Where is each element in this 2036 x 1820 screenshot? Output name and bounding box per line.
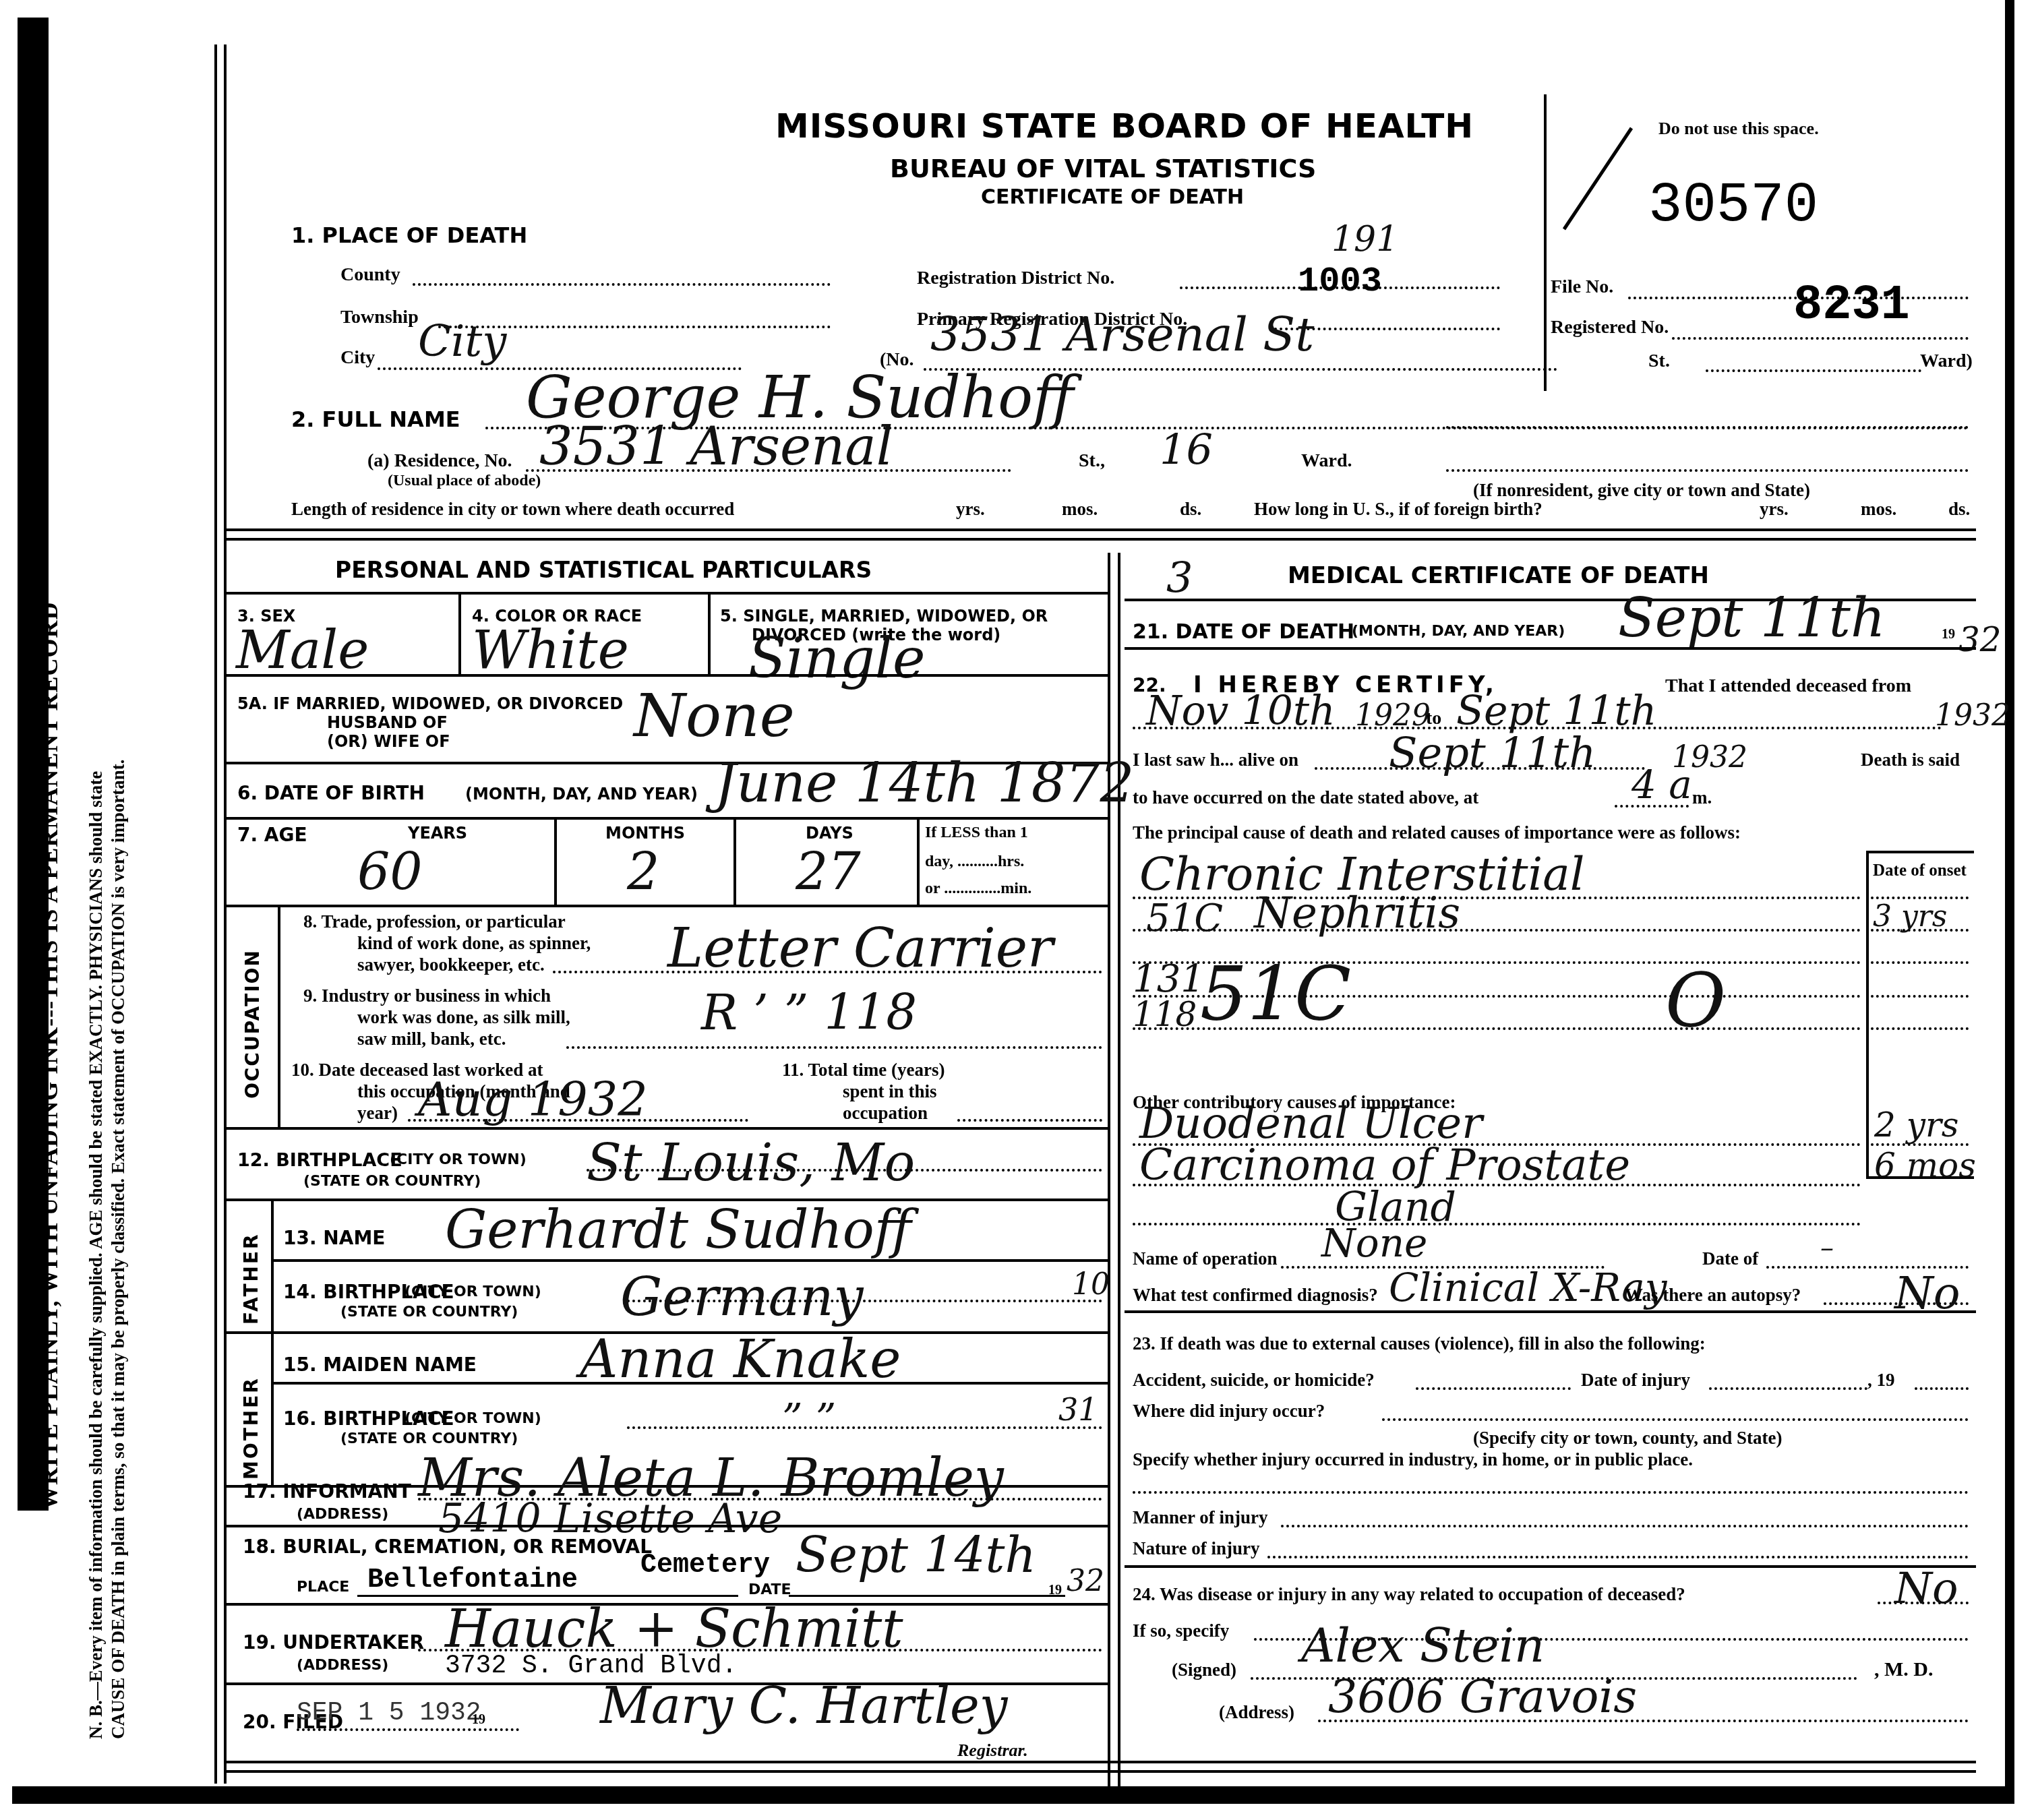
- spouse-label-1: 5A. IF MARRIED, WIDOWED, OR DIVORCED: [237, 694, 623, 713]
- attended-to-year: 1932: [1935, 698, 2010, 733]
- medical-section-number: 3: [1166, 553, 1193, 602]
- foreign-yrs: yrs.: [1760, 499, 1789, 520]
- registrar-signature: Mary C. Hartley: [600, 1677, 1008, 1735]
- cause-line2-value: Nephritis: [1254, 888, 1460, 938]
- filed-year-prefix: 19: [472, 1712, 485, 1728]
- reg-district-overwrite: 191: [1331, 219, 1398, 260]
- specify-line: [1133, 1491, 1969, 1494]
- dod-sub: (MONTH, DAY, AND YEAR): [1352, 623, 1565, 640]
- manner-line: [1281, 1525, 1969, 1527]
- spouse-value: None: [634, 681, 795, 750]
- cause-code4: 51C: [1200, 950, 1351, 1037]
- onset-box-left: [1866, 851, 1869, 1178]
- years-value: 60: [357, 841, 423, 901]
- informant-label: 17. INFORMANT: [243, 1480, 411, 1503]
- last-saw-value: Sept 11th: [1389, 728, 1596, 777]
- death-address-value: 3531 Arsenal St: [930, 307, 1314, 362]
- industry-value: R ’ ” 118: [701, 984, 917, 1041]
- nonresident-line2: [1446, 469, 1969, 472]
- total-time-label-2: spent in this: [843, 1081, 937, 1102]
- rule-occupation: [227, 1127, 1108, 1130]
- attended-from: Nov 10th: [1146, 688, 1336, 735]
- rule-personal-title: [227, 592, 1108, 595]
- ward-label: Ward): [1920, 351, 1973, 372]
- signed-value: Alex Stein: [1301, 1618, 1545, 1673]
- dob-sub: (MONTH, DAY, AND YEAR): [465, 785, 698, 803]
- rule-sex: [227, 674, 1108, 677]
- city-label: City: [340, 347, 375, 369]
- place-value: Bellefontaine: [367, 1565, 578, 1596]
- where-line: [1382, 1418, 1969, 1421]
- rule-bottom-left-2: [227, 1770, 1976, 1773]
- nonresident-line1: [1446, 426, 1969, 429]
- injury-date-label: Date of injury: [1581, 1370, 1690, 1391]
- total-time-label-3: occupation: [843, 1103, 928, 1124]
- registered-no-value: 8231: [1793, 278, 1910, 333]
- principal-cause-label: The principal cause of death and related…: [1133, 822, 1741, 843]
- date-label: DATE: [748, 1581, 791, 1598]
- column-divider-left: [1108, 553, 1110, 1793]
- last-worked-value: Aug 1932: [418, 1072, 648, 1127]
- nonresident-note: (If nonresident, give city or town and S…: [1473, 480, 1810, 501]
- contrib-line-3: [1133, 1223, 1861, 1225]
- residence-value: 3531 Arsenal: [539, 417, 893, 477]
- test-label: What test confirmed diagnosis?: [1133, 1285, 1378, 1306]
- length-ds: ds.: [1180, 499, 1201, 520]
- foreign-ds: ds.: [1948, 499, 1970, 520]
- total-time-line: [957, 1119, 1102, 1122]
- reg-district-label: Registration District No.: [917, 268, 1114, 289]
- op-date-label: Date of: [1702, 1248, 1758, 1269]
- rule-mother-name: [272, 1382, 1108, 1385]
- header-subtitle: BUREAU OF VITAL STATISTICS: [890, 154, 1316, 183]
- physician-address-value: 3606 Gravois: [1328, 1670, 1637, 1724]
- less-label-3: or ..............min.: [925, 880, 1031, 898]
- where-label: Where did injury occur?: [1133, 1401, 1325, 1422]
- signed-label: (Signed): [1172, 1660, 1236, 1680]
- place-underline: [357, 1595, 738, 1597]
- frame-left-outer: [214, 44, 217, 1784]
- contrib-2: Carcinoma of Prostate: [1139, 1141, 1630, 1190]
- stamp-number: 30570: [1648, 174, 1818, 238]
- county-label: County: [340, 264, 400, 286]
- mother-name-value: Anna Knake: [580, 1329, 901, 1390]
- cause-onset-line-5: [1871, 1027, 1969, 1030]
- personal-section-title: PERSONAL AND STATISTICAL PARTICULARS: [335, 557, 872, 583]
- age-div-3: [917, 817, 920, 905]
- where-sub: (Specify city or town, county, and State…: [1473, 1428, 1783, 1449]
- mother-name-label: 15. MAIDEN NAME: [283, 1354, 477, 1376]
- rule-top-2: [227, 538, 1976, 541]
- residence-sub: (Usual place of abode): [388, 472, 541, 490]
- less-label-2: day, ..........hrs.: [925, 853, 1024, 871]
- years-label: YEARS: [408, 824, 467, 843]
- months-label: MONTHS: [605, 824, 685, 843]
- op-date-value: –: [1820, 1232, 1834, 1263]
- checkmark-icon: [1551, 121, 1652, 236]
- occupation-side-label: OCCUPATION: [241, 949, 264, 1099]
- rule-top-1: [227, 528, 1976, 531]
- injury-year-prefix: , 19: [1867, 1370, 1895, 1391]
- operation-label: Name of operation: [1133, 1248, 1277, 1269]
- injury-date-line: [1709, 1387, 1867, 1390]
- trade-label-2: kind of work done, as spinner,: [357, 933, 591, 954]
- father-side-label: FATHER: [240, 1232, 262, 1325]
- burial-year-prefix: 19: [1048, 1583, 1062, 1598]
- st-label: St.: [1648, 351, 1670, 372]
- ward-value: 16: [1160, 425, 1213, 474]
- occurred-value: 4 a: [1631, 762, 1692, 808]
- physician-address-label: (Address): [1219, 1702, 1294, 1723]
- to-label: to: [1426, 708, 1441, 729]
- father-birthplace-sub-1: (CITY OR TOWN): [405, 1283, 541, 1300]
- date-underline: [789, 1595, 1065, 1597]
- filed-line: [297, 1728, 519, 1731]
- filed-value: SEP 1 5 1932: [297, 1699, 481, 1728]
- nature-line: [1267, 1556, 1969, 1558]
- undertaker-sub: (ADDRESS): [297, 1657, 388, 1674]
- mother-birthplace-value: ” ”: [782, 1395, 836, 1443]
- frame-right: [2005, 0, 2014, 1804]
- township-label: Township: [340, 307, 419, 328]
- rule-dod: [1125, 647, 1976, 650]
- birthplace-sub-1: (CITY OR TOWN): [390, 1151, 527, 1168]
- months-value: 2: [627, 841, 659, 901]
- birthplace-value: St Louis, Mo: [587, 1132, 915, 1192]
- contrib-2-onset: 6 mos: [1874, 1146, 1976, 1185]
- less-label-1: If LESS than 1: [925, 824, 1028, 842]
- residence-st-label: St.,: [1079, 450, 1105, 472]
- industry-label-3: saw mill, bank, etc.: [357, 1029, 506, 1050]
- death-said-label: Death is said: [1861, 750, 1960, 770]
- registrar-label: Registrar.: [957, 1740, 1028, 1761]
- mother-birthplace-sub-2: (STATE OR COUNTRY): [340, 1430, 518, 1447]
- race-marital-divider: [708, 593, 711, 674]
- dob-value: June 14th 1872: [715, 752, 1134, 814]
- trade-label-1: 8. Trade, profession, or particular: [303, 911, 566, 932]
- race-value: White: [472, 620, 629, 681]
- reg-district-value: 1003: [1298, 262, 1382, 301]
- file-no-label: File No.: [1551, 276, 1613, 298]
- rule-bottom-left-1: [227, 1761, 1976, 1763]
- age-div-2: [733, 817, 736, 905]
- length-of-residence-label: Length of residence in city or town wher…: [291, 499, 734, 520]
- father-birthplace-value: Germany: [620, 1267, 864, 1328]
- father-name-label: 13. NAME: [283, 1227, 385, 1249]
- birthplace-label: 12. BIRTHPLACE: [237, 1150, 402, 1171]
- industry-line: [566, 1046, 1102, 1049]
- mother-side-label: MOTHER: [240, 1376, 262, 1480]
- burial-label: 18. BURIAL, CREMATION, OR REMOVAL: [243, 1536, 652, 1558]
- rule-age: [227, 905, 1108, 907]
- place-label: PLACE: [297, 1579, 349, 1596]
- onset-label: Date of onset: [1873, 861, 1967, 880]
- undertaker-label: 19. UNDERTAKER: [243, 1631, 424, 1654]
- days-value: 27: [796, 841, 861, 901]
- if-so-label: If so, specify: [1133, 1620, 1229, 1641]
- registered-no-line: [1672, 337, 1969, 340]
- dod-year-value: 32: [1958, 620, 2002, 659]
- dob-label: 6. DATE OF BIRTH: [237, 782, 425, 804]
- onset-1: 3 yrs: [1873, 899, 1947, 934]
- residence-ward-label: Ward.: [1301, 450, 1352, 472]
- nature-label: Nature of injury: [1133, 1538, 1260, 1559]
- birthplace-sub-2: (STATE OR COUNTRY): [303, 1173, 481, 1190]
- informant-sub: (ADDRESS): [297, 1506, 388, 1523]
- days-label: DAYS: [806, 824, 854, 843]
- ward-line: [1706, 369, 1921, 372]
- md-label: , M. D.: [1874, 1658, 1933, 1681]
- father-birthplace-sub-2: (STATE OR COUNTRY): [340, 1304, 518, 1321]
- external-causes-label: 23. If death was due to external causes …: [1133, 1333, 1706, 1354]
- rule-father-name: [272, 1259, 1108, 1262]
- spouse-label-2: HUSBAND OF: [327, 713, 448, 732]
- residence-label: (a) Residence, No.: [367, 450, 512, 472]
- cause-line-2: [1133, 929, 1861, 932]
- sex-value: Male: [236, 620, 369, 681]
- last-worked-label-3: year): [357, 1103, 398, 1124]
- father-name-value: Gerhardt Sudhoff: [445, 1200, 911, 1261]
- dod-label: 21. DATE OF DEATH: [1133, 620, 1354, 644]
- last-saw-label: I last saw h... alive on: [1133, 750, 1298, 770]
- margin-note-line1: N. B.—Every item of information should b…: [86, 771, 107, 1739]
- trade-value: Letter Carrier: [667, 917, 1053, 979]
- operation-value: None: [1321, 1220, 1427, 1266]
- margin-note-line2: CAUSE OF DEATH in plain terms, so that i…: [108, 760, 129, 1739]
- header-form-name: CERTIFICATE OF DEATH: [981, 185, 1244, 209]
- city-value: City: [418, 317, 506, 367]
- cause-code5: O: [1665, 957, 1726, 1043]
- occurred-suffix: m.: [1692, 787, 1712, 808]
- dod-value: Sept 11th: [1618, 586, 1885, 649]
- contrib-1-onset: 2 yrs: [1874, 1105, 1959, 1145]
- age-div-1: [554, 817, 557, 905]
- undertaker-value: Hauck + Schmitt: [445, 1599, 903, 1660]
- frame-left-inner: [224, 44, 227, 1784]
- header-divider: [1544, 94, 1547, 391]
- mother-birthplace-code: 31: [1058, 1391, 1098, 1428]
- father-birthplace-code: 10: [1072, 1267, 1110, 1302]
- cause-code1: 51C: [1146, 897, 1223, 940]
- certify-text: That I attended deceased from: [1665, 675, 1911, 697]
- registered-no-label: Registered No.: [1551, 317, 1669, 338]
- length-yrs: yrs.: [956, 499, 985, 520]
- margin-banner: WRITE PLAINLY, WITH UNFADING INK---THIS …: [35, 601, 63, 1510]
- onset-box-top: [1866, 851, 1974, 853]
- industry-label-1: 9. Industry or business in which: [303, 985, 551, 1006]
- occurred-label: to have occurred on the date stated abov…: [1133, 787, 1478, 808]
- dod-year-prefix: 19: [1942, 627, 1955, 642]
- accident-line: [1416, 1387, 1571, 1390]
- injury-year-line: [1915, 1387, 1969, 1390]
- cause-code3: 118: [1133, 995, 1197, 1034]
- county-line: [413, 283, 831, 286]
- cause-onset-line-3: [1871, 961, 1969, 964]
- place-of-death-label: 1. PLACE OF DEATH: [291, 222, 527, 248]
- column-divider-right: [1118, 553, 1120, 1793]
- trade-label-3: sawyer, bookkeeper, etc.: [357, 954, 545, 975]
- rule-autopsy: [1125, 1310, 1976, 1313]
- cause-onset-line-4: [1871, 995, 1969, 998]
- medical-section-title: MEDICAL CERTIFICATE OF DEATH: [1288, 562, 1709, 589]
- occupation-related-label: 24. Was disease or injury in any way rel…: [1133, 1584, 1685, 1605]
- spouse-label-3: (OR) WIFE OF: [327, 732, 450, 751]
- industry-label-2: work was done, as silk mill,: [357, 1007, 570, 1028]
- undertaker-address: 3732 S. Grand Blvd.: [445, 1651, 737, 1680]
- accident-label: Accident, suicide, or homicide?: [1133, 1370, 1375, 1391]
- margin-bottom-bar: [12, 1786, 2014, 1804]
- burial-date-value: Sept 14th: [796, 1527, 1036, 1583]
- mother-birthplace-sub-1: (CITY OR TOWN): [405, 1410, 541, 1427]
- header-title: MISSOURI STATE BOARD OF HEALTH: [775, 107, 1474, 146]
- burial-year-value: 32: [1067, 1564, 1104, 1598]
- do-not-use-note: Do not use this space.: [1658, 119, 1819, 139]
- sex-race-divider: [458, 593, 461, 674]
- parents-side-divider: [271, 1199, 274, 1485]
- occupation-related-value: No: [1894, 1564, 1958, 1614]
- occupation-side-divider: [278, 905, 280, 1127]
- full-name-label: 2. FULL NAME: [291, 406, 460, 432]
- cemetery-value: Cemetery: [640, 1550, 770, 1581]
- manner-label: Manner of injury: [1133, 1507, 1268, 1528]
- rule-dob: [227, 817, 1108, 820]
- length-mos: mos.: [1062, 499, 1098, 520]
- marital-label: 5. SINGLE, MARRIED, WIDOWED, OR: [720, 607, 1048, 626]
- total-time-label-1: 11. Total time (years): [782, 1060, 945, 1081]
- autopsy-label: Was there an autopsy?: [1625, 1285, 1801, 1306]
- mother-birthplace-line: [627, 1426, 1102, 1429]
- age-label: 7. AGE: [237, 824, 307, 846]
- foreign-birth-label: How long in U. S., if of foreign birth?: [1254, 499, 1543, 520]
- rule-nature: [1125, 1565, 1976, 1568]
- foreign-mos: mos.: [1861, 499, 1896, 520]
- specify-label: Specify whether injury occurred in indus…: [1133, 1449, 1693, 1470]
